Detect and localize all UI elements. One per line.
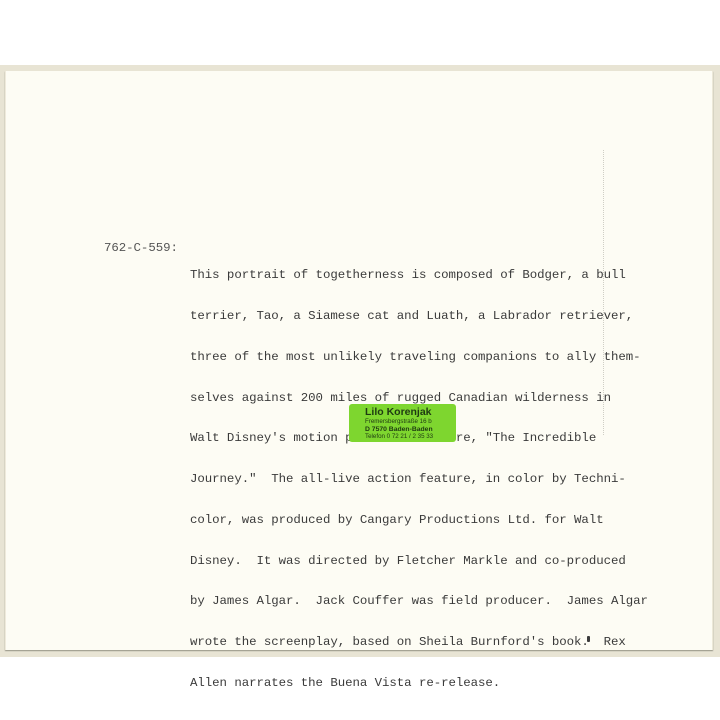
sticker-street: Fremersbergstraße 16 b bbox=[365, 418, 456, 426]
caption-line: Disney. It was directed by Fletcher Mark… bbox=[190, 555, 648, 569]
ink-speck bbox=[587, 636, 590, 642]
caption-line: by James Algar. Jack Couffer was field p… bbox=[190, 595, 648, 609]
caption-line: color, was produced by Cangary Productio… bbox=[190, 514, 648, 528]
caption-line: wrote the screenplay, based on Sheila Bu… bbox=[190, 636, 648, 650]
caption-text: This portrait of togetherness is compose… bbox=[190, 242, 648, 704]
caption-line: This portrait of togetherness is compose… bbox=[190, 269, 648, 283]
reference-number: 762-C-559: bbox=[104, 242, 178, 256]
caption-line: Allen narrates the Buena Vista re-releas… bbox=[190, 677, 648, 691]
dealer-sticker: Lilo Korenjak Fremersbergstraße 16 b D 7… bbox=[349, 404, 456, 442]
caption-line: terrier, Tao, a Siamese cat and Luath, a… bbox=[190, 310, 648, 324]
sticker-phone: Telefon 0 72 21 / 2 35 33 bbox=[365, 433, 456, 440]
sticker-name: Lilo Korenjak bbox=[365, 407, 456, 418]
caption-line: three of the most unlikely traveling com… bbox=[190, 351, 648, 365]
sticker-city: D 7570 Baden-Baden bbox=[365, 426, 456, 433]
caption-line: Journey." The all-live action feature, i… bbox=[190, 473, 648, 487]
